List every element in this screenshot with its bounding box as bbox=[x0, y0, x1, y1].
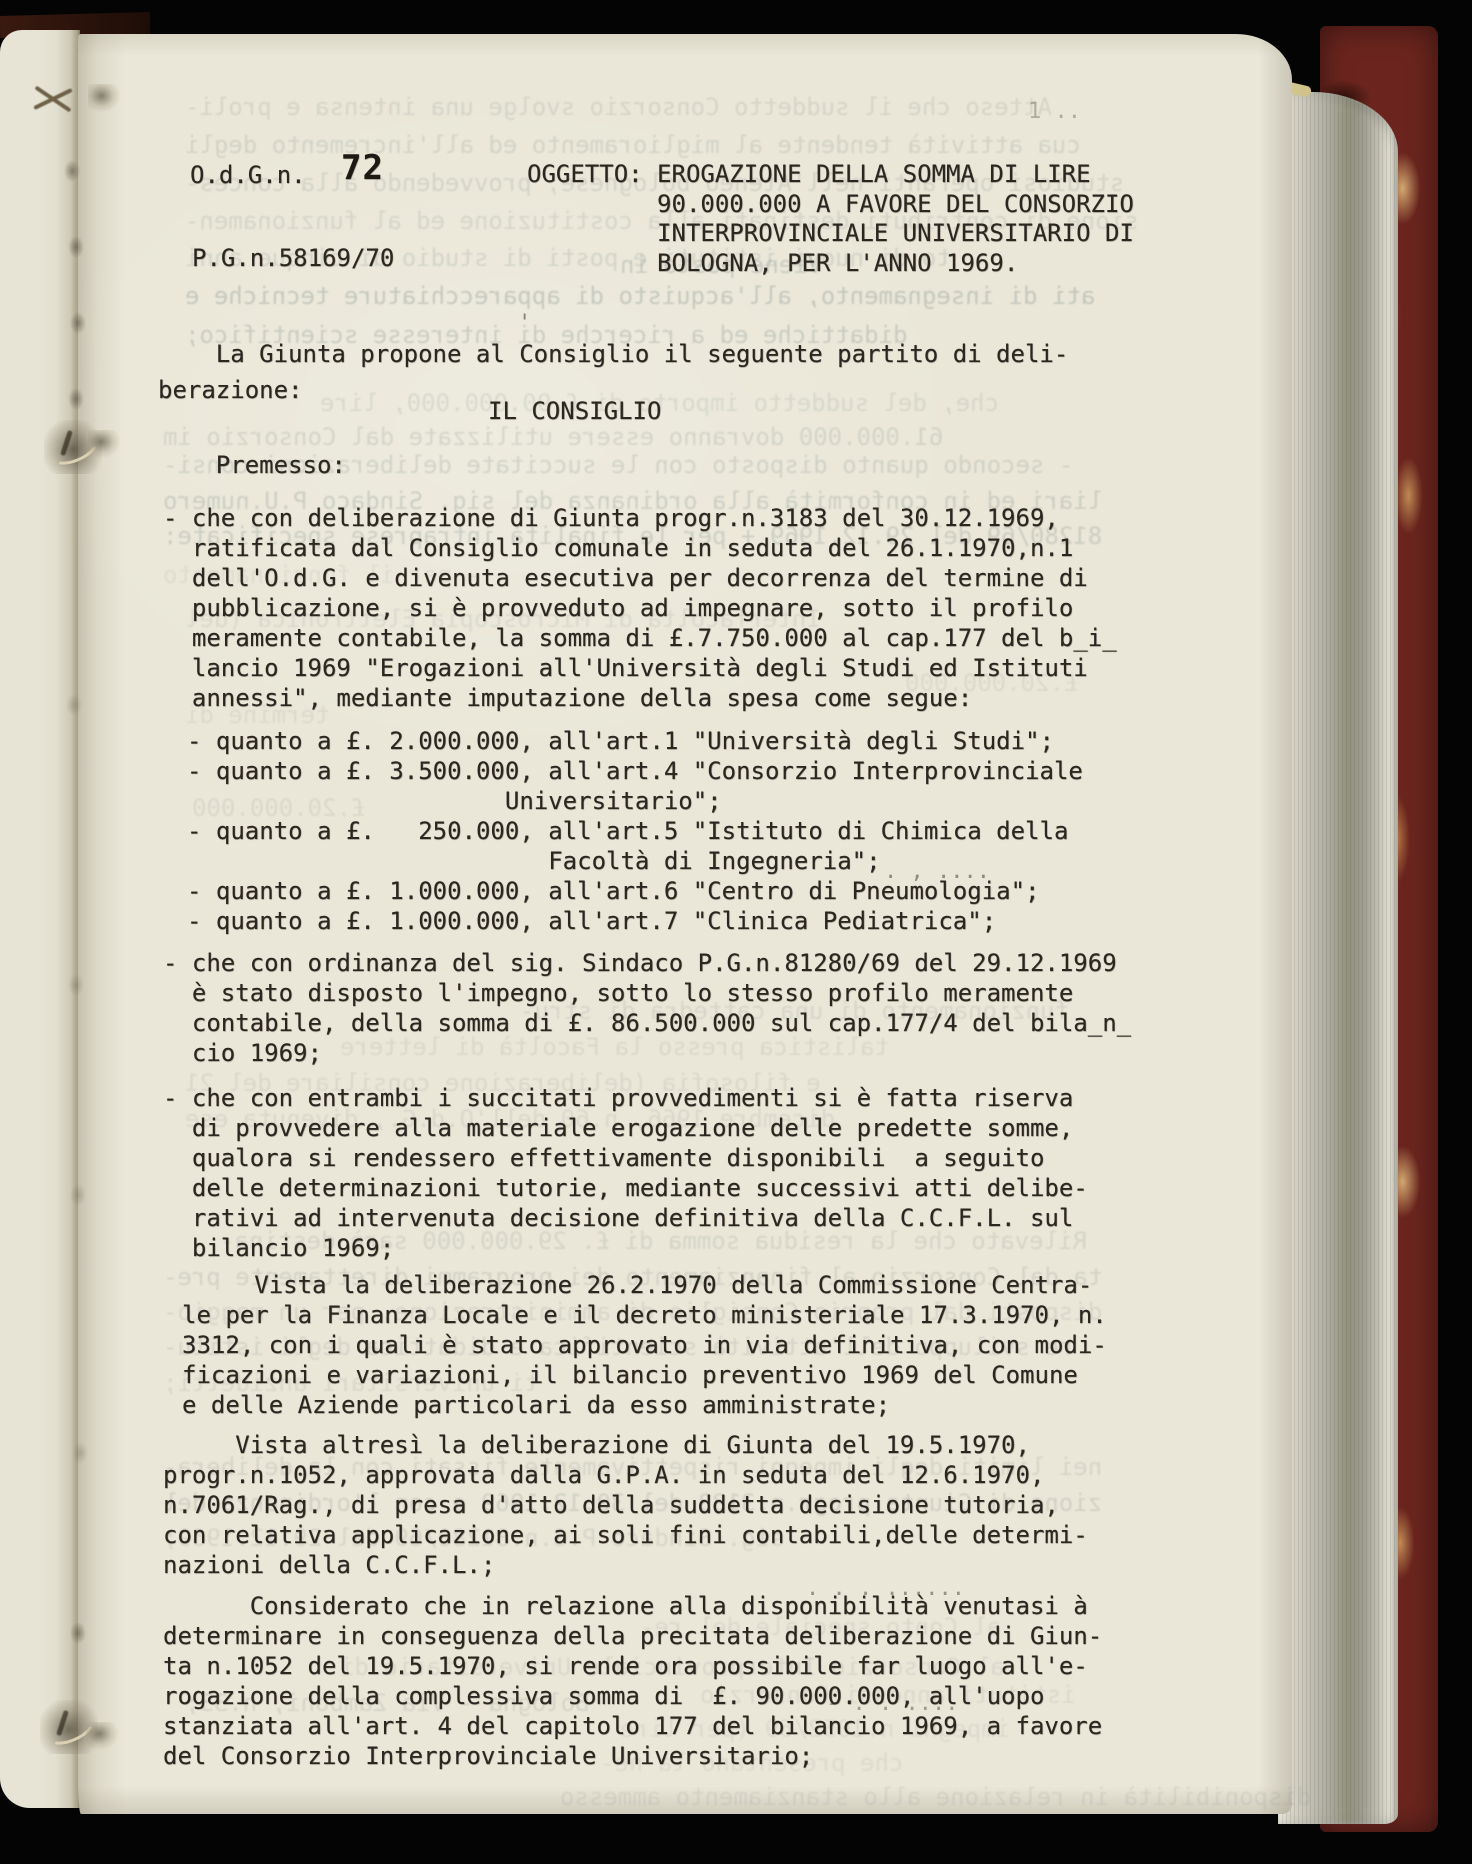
bleedthrough-line: disponibilità in relazione allo stanziam… bbox=[560, 1782, 1311, 1812]
premise-clause-2: - che con ordinanza del sig. Sindaco P.G… bbox=[163, 948, 1131, 1068]
premesso-label: Premesso: bbox=[158, 450, 346, 480]
binding-mark bbox=[70, 312, 86, 334]
premise-clause-3: - che con entrambi i succitati provvedim… bbox=[163, 1083, 1088, 1263]
bleedthrough-line: ati di insegnamento, all'acquisto di app… bbox=[185, 281, 1095, 311]
facing-page-gutter bbox=[0, 30, 80, 1808]
binding-mark bbox=[68, 236, 84, 258]
odg-label: O.d.G.n. bbox=[190, 160, 306, 190]
considerato-paragraph: Considerato che in relazione alla dispon… bbox=[163, 1591, 1102, 1771]
bleedthrough-line: Atteso che il suddetto Consorzio svolge … bbox=[185, 92, 1052, 122]
binding-mark bbox=[70, 1184, 86, 1206]
ink-artifact: ' bbox=[518, 312, 531, 336]
binding-mark bbox=[64, 160, 80, 182]
binding-mark bbox=[72, 1442, 88, 1464]
vista-paragraph-1: Vista la deliberazione 26.2.1970 della C… bbox=[182, 1270, 1107, 1420]
bleedthrough-line: 61.000.000 dovranno essere utilizzate da… bbox=[163, 422, 943, 452]
binding-mark bbox=[66, 694, 82, 716]
ink-artifact: 1 .. bbox=[1028, 100, 1081, 124]
odg-number: 72 bbox=[341, 150, 384, 186]
book-scan: Atteso che il suddetto Consorzio svolge … bbox=[0, 0, 1472, 1864]
binding-thread-cross bbox=[30, 78, 76, 120]
premise-clause-1: - che con deliberazione di Giunta progr.… bbox=[163, 503, 1117, 713]
binding-hole bbox=[88, 430, 120, 458]
page-stack-fore-edge bbox=[1278, 92, 1398, 1824]
binding-hole bbox=[88, 84, 120, 112]
binding-mark bbox=[68, 974, 84, 996]
binding-hole bbox=[86, 1722, 118, 1750]
bleedthrough-line: cua attività tendente al miglioramento e… bbox=[185, 130, 1081, 160]
protocol-number: P.G.n.58169/70 bbox=[192, 243, 394, 273]
subject-block: OGGETTO: EROGAZIONE DELLA SOMMA DI LIRE … bbox=[527, 160, 1134, 278]
binding-mark bbox=[68, 388, 84, 410]
spending-breakdown-list: - quanto a £. 2.000.000, all'art.1 "Univ… bbox=[187, 726, 1083, 936]
vista-paragraph-2: Vista altresì la deliberazione di Giunta… bbox=[163, 1430, 1088, 1580]
binding-mark bbox=[70, 1622, 86, 1644]
council-heading: IL CONSIGLIO bbox=[488, 396, 661, 426]
